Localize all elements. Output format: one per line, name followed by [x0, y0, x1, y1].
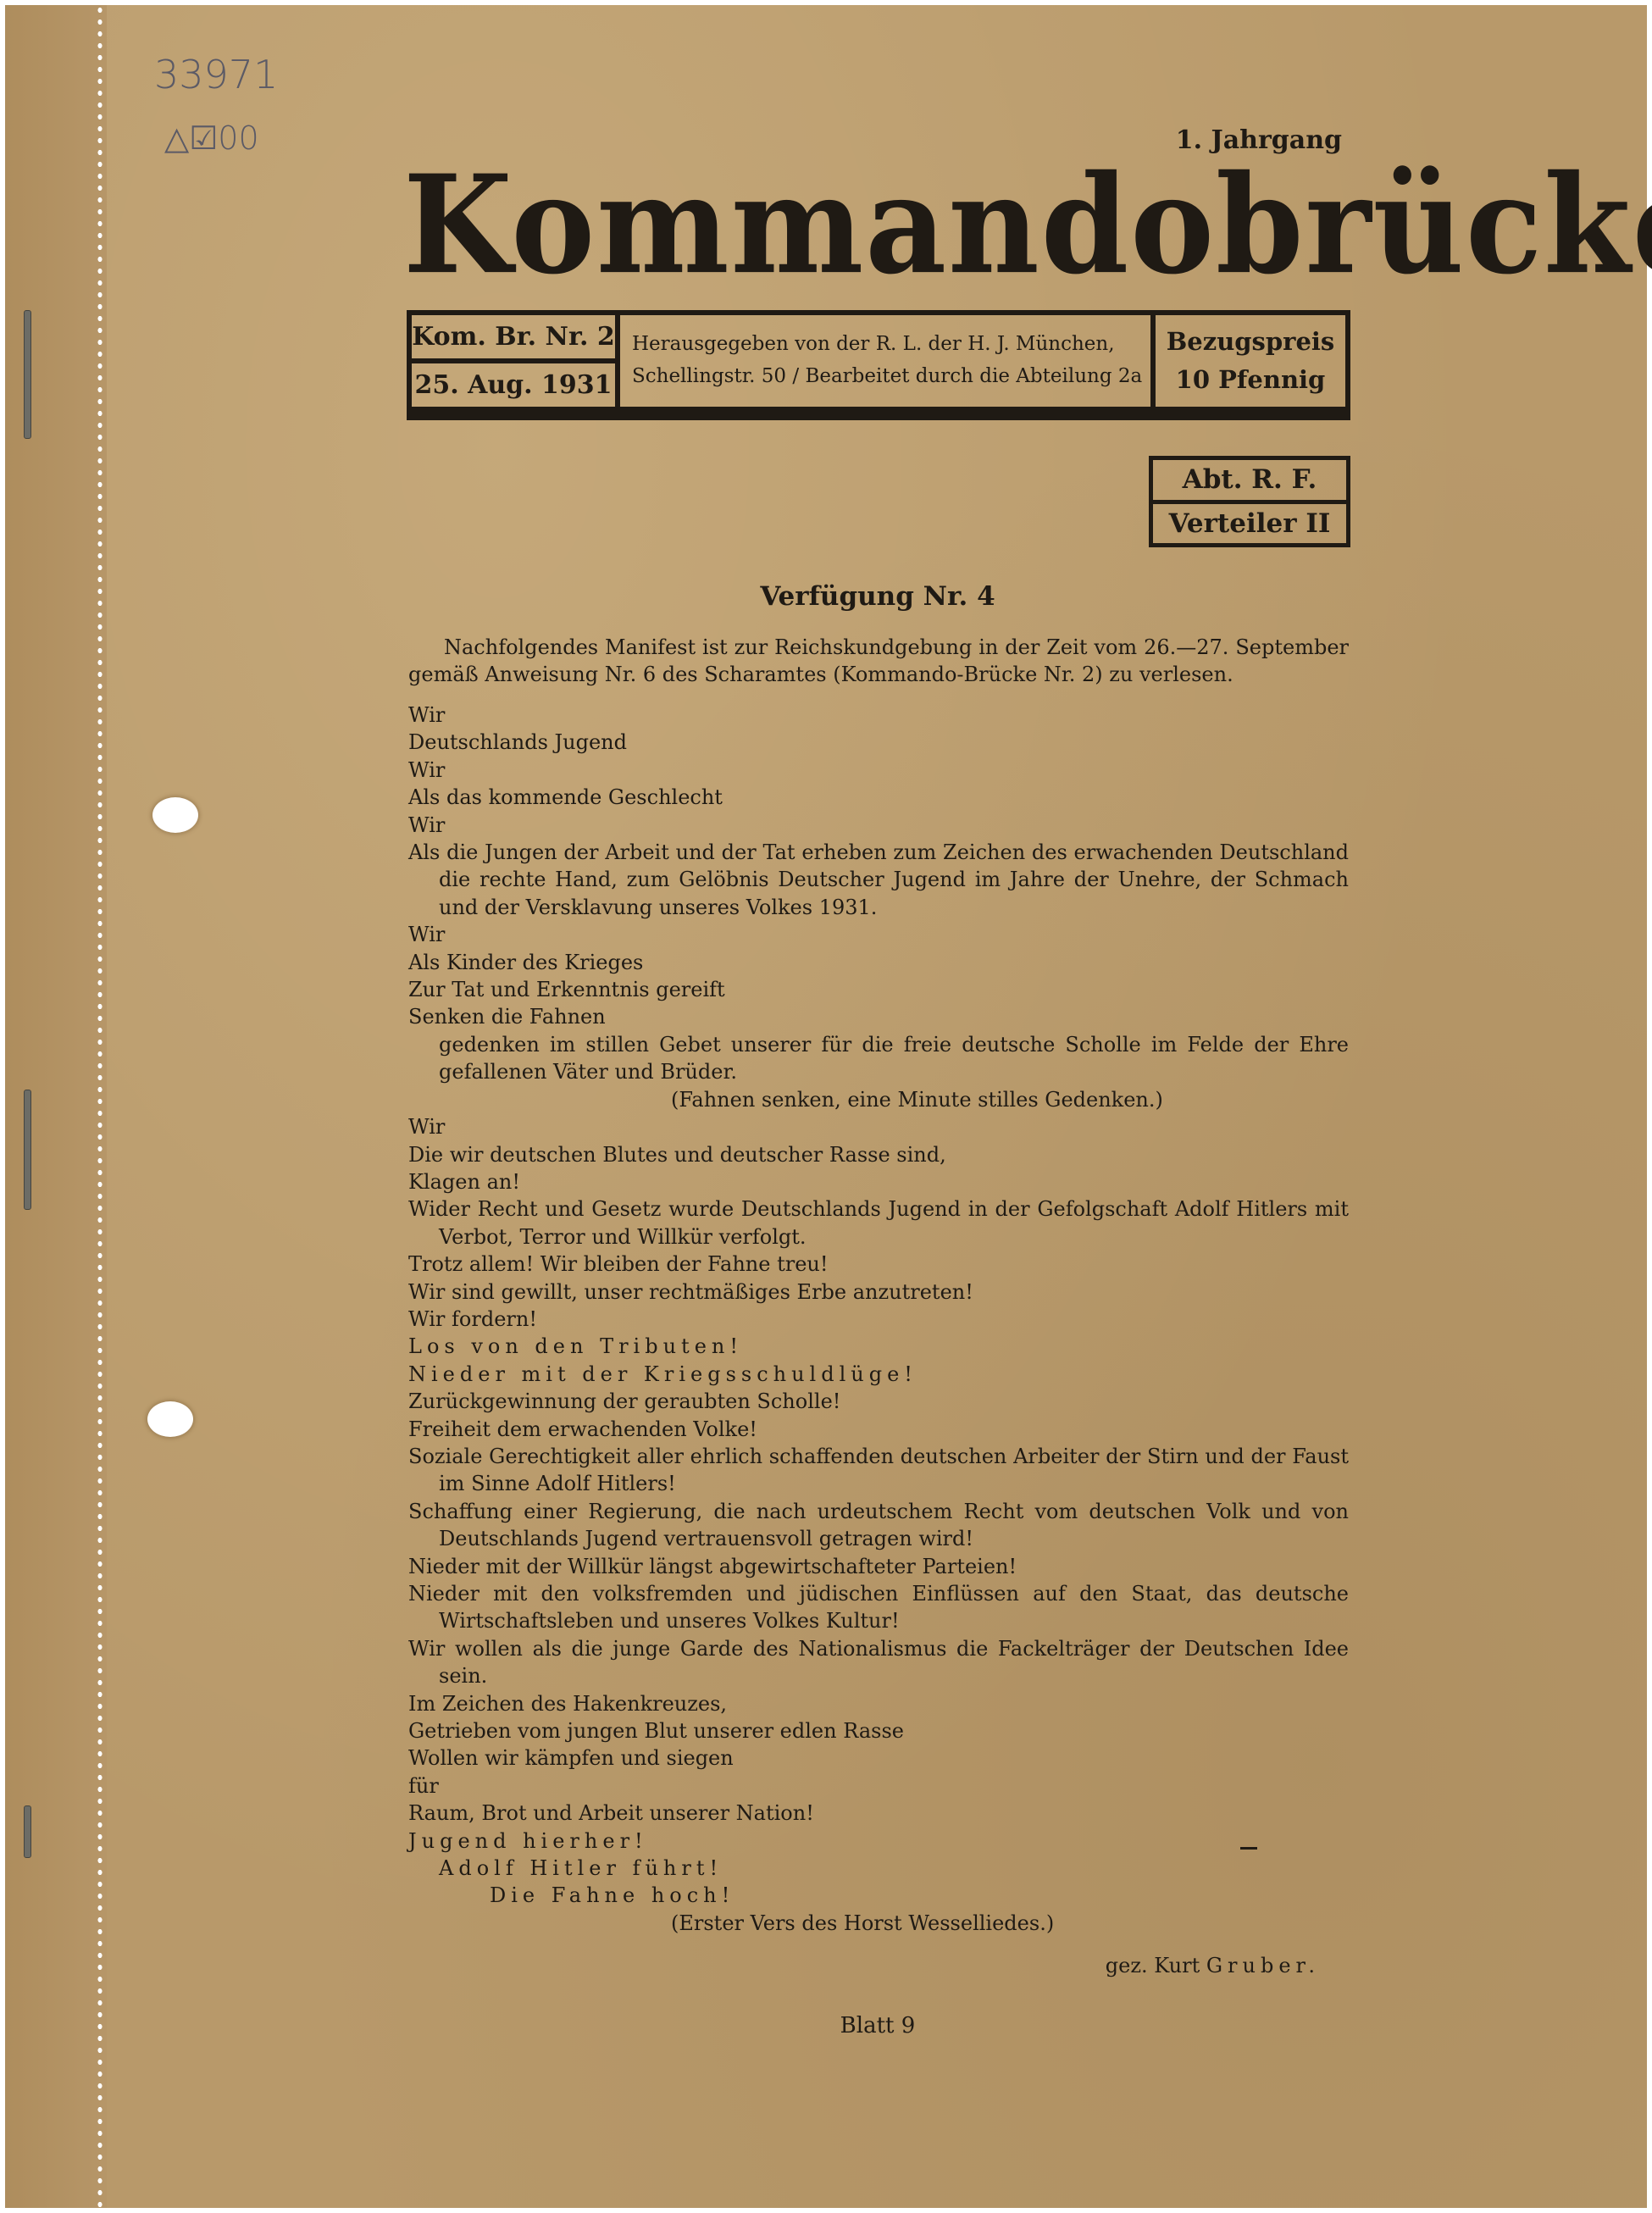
text-line: Wider Recht und Gesetz wurde Deutschland…	[408, 1195, 1349, 1251]
publisher-line-2: Schellingstr. 50 / Bearbeitet durch die …	[632, 361, 1150, 393]
dash-mark	[1240, 1847, 1257, 1850]
text-line: Wir	[408, 1113, 1349, 1140]
distribution-label: Verteiler II	[1153, 504, 1346, 544]
masthead-title: Kommandobrücke	[403, 157, 1352, 292]
archive-number: 33971	[154, 52, 278, 97]
issue-number: Kom. Br. Nr. 2	[412, 315, 615, 363]
text-line: Los von den Tributen!	[408, 1333, 1349, 1360]
issue-info-box: Kom. Br. Nr. 2 25. Aug. 1931 Herausgegeb…	[407, 310, 1350, 420]
text-line: Jugend hierher!	[408, 1828, 1349, 1855]
department-label: Abt. R. F.	[1153, 460, 1346, 504]
text-line: Die Fahne hoch!	[408, 1882, 1349, 1909]
text-line: Als Kinder des Krieges	[408, 949, 1349, 976]
text-line: Wir wollen als die junge Garde des Natio…	[408, 1635, 1349, 1690]
text-line: Nieder mit der Kriegsschuldlüge!	[408, 1361, 1349, 1388]
staple-icon	[24, 1090, 31, 1210]
text-line: Wir	[408, 757, 1349, 784]
text-line: Senken die Fahnen	[408, 1003, 1349, 1030]
text-line: Nieder mit der Willkür längst abgewirtsc…	[408, 1553, 1349, 1580]
price-value: 10 Pfennig	[1176, 361, 1326, 399]
text-line: Schaffung einer Regierung, die nach urde…	[408, 1498, 1349, 1553]
intro-paragraph: Nachfolgendes Manifest ist zur Reichskun…	[408, 634, 1349, 688]
manifesto-text: WirDeutschlands JugendWirAls das kommend…	[408, 702, 1349, 1937]
text-line: Wir sind gewillt, unser rechtmäßiges Erb…	[408, 1278, 1349, 1306]
text-line: Raum, Brot und Arbeit unserer Nation!	[408, 1800, 1349, 1827]
text-line: Als das kommende Geschlecht	[408, 784, 1349, 811]
text-line: gedenken im stillen Gebet unserer für di…	[408, 1031, 1349, 1086]
text-line: Getrieben vom jungen Blut unserer edlen …	[408, 1717, 1349, 1744]
issue-date: 25. Aug. 1931	[412, 363, 615, 407]
text-line: Soziale Gerechtigkeit aller ehrlich scha…	[408, 1443, 1349, 1498]
text-line: Freiheit dem erwachenden Volke!	[408, 1416, 1349, 1443]
department-box: Abt. R. F. Verteiler II	[1149, 456, 1350, 547]
publisher-line-1: Herausgegeben von der R. L. der H. J. Mü…	[632, 329, 1150, 361]
binding-strip	[5, 5, 107, 2208]
document-page: 33971 △☑00 1. Jahrgang Kommandobrücke Ko…	[5, 5, 1647, 2208]
text-line: Trotz allem! Wir bleiben der Fahne treu!	[408, 1251, 1349, 1278]
text-line: Als die Jungen der Arbeit und der Tat er…	[408, 839, 1349, 921]
signature-prefix: gez. Kurt	[1106, 1954, 1200, 1977]
text-line: Zur Tat und Erkenntnis gereift	[408, 976, 1349, 1003]
text-line: Zurückgewinnung der geraubten Scholle!	[408, 1388, 1349, 1415]
text-line: (Fahnen senken, eine Minute stilles Gede…	[408, 1086, 1349, 1113]
staple-icon	[24, 310, 31, 439]
page-folio: Blatt 9	[403, 2013, 1352, 2038]
text-line: (Erster Vers des Horst Wesselliedes.)	[408, 1910, 1349, 1937]
text-line: Im Zeichen des Hakenkreuzes,	[408, 1690, 1349, 1717]
text-line: Wir	[408, 812, 1349, 839]
perforation-line	[97, 5, 103, 2208]
punch-hole	[147, 1401, 193, 1437]
text-line: Wir	[408, 921, 1349, 948]
text-line: Adolf Hitler führt!	[408, 1855, 1349, 1882]
section-heading: Verfügung Nr. 4	[403, 581, 1352, 612]
text-line: Nieder mit den volksfremden und jüdische…	[408, 1580, 1349, 1635]
text-line: Wollen wir kämpfen und siegen	[408, 1744, 1349, 1772]
text-line: Deutschlands Jugend	[408, 729, 1349, 756]
text-line: Klagen an!	[408, 1168, 1349, 1195]
signature-name: Gruber.	[1206, 1954, 1320, 1977]
signature: gez. Kurt Gruber.	[1106, 1954, 1320, 1977]
punch-hole	[152, 797, 198, 833]
price-label: Bezugspreis	[1167, 323, 1334, 361]
staple-icon	[24, 1805, 31, 1858]
text-line: Wir	[408, 702, 1349, 729]
archive-symbol: △☑00	[164, 119, 259, 157]
text-line: für	[408, 1772, 1349, 1800]
text-line: Die wir deutschen Blutes und deutscher R…	[408, 1141, 1349, 1168]
text-line: Wir fordern!	[408, 1306, 1349, 1333]
